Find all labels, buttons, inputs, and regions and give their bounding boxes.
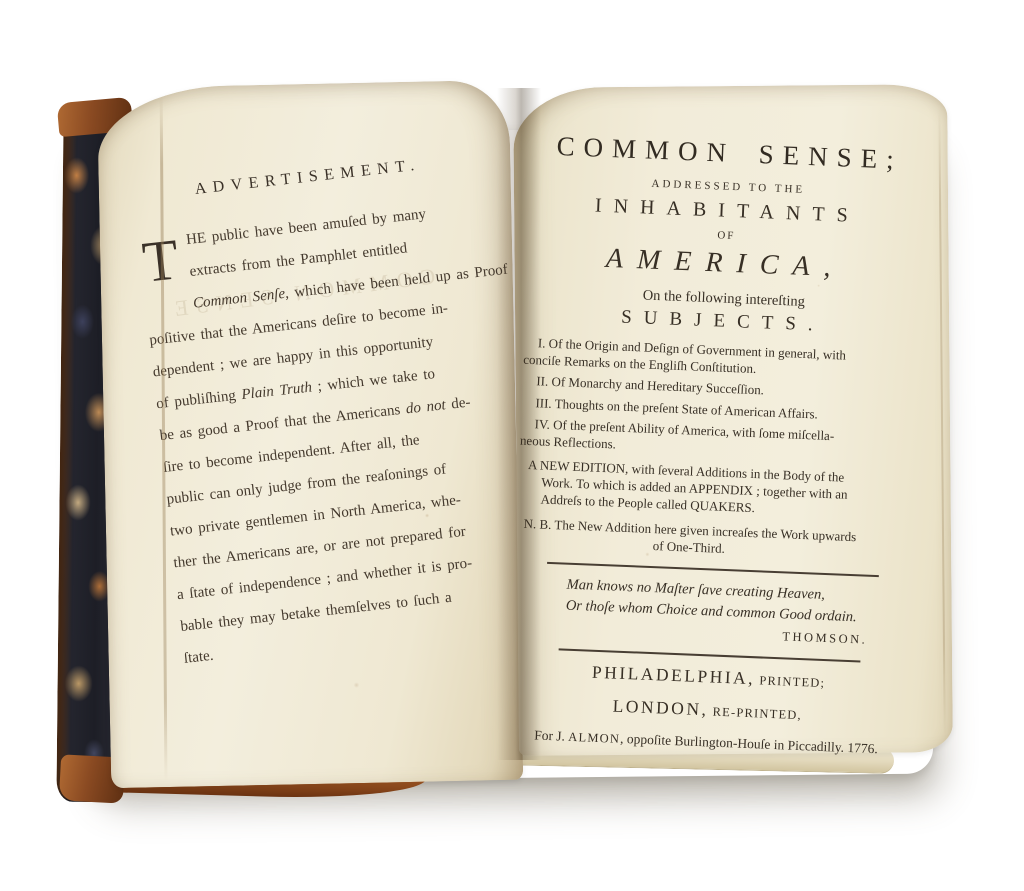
drop-cap: T: [140, 230, 182, 295]
divider-rule: [559, 648, 861, 662]
text-line: PHILADELPHIA, PRINTED;: [507, 658, 910, 696]
edition-note: A NEW EDITION, with ſeveral Additions in…: [514, 456, 922, 523]
title-page-block: COMMON SENSE; ADDRESSED TO THE INHABITAN…: [504, 130, 931, 772]
advertisement-block: ADVERTISEMENT. T HE public have been amu…: [133, 150, 534, 675]
left-page: COMMON SENSE ADVERTISEMENT. T HE public …: [97, 80, 524, 788]
text-segment: PRINTED;: [755, 673, 826, 690]
imprint-block: PHILADELPHIA, PRINTED;LONDON, RE-PRINTED…: [505, 658, 910, 760]
text-segment: ; which we take to: [311, 366, 436, 395]
text-line: For J. ALMON, oppoſite Burlington-Houſe …: [505, 724, 907, 760]
text-segment: de-: [445, 394, 471, 413]
text-segment: LONDON,: [612, 696, 708, 720]
book-title: COMMON SENSE;: [528, 130, 931, 177]
text-segment: Plain Truth: [241, 380, 313, 404]
text-segment: ſtate.: [183, 648, 214, 667]
text-segment: For J.: [534, 727, 569, 743]
quote-block: Man knows no Maſter ſave creating Heaven…: [509, 572, 913, 652]
book-photo: COMMON SENSE ADVERTISEMENT. T HE public …: [0, 0, 1024, 891]
text-segment: RE-PRINTED,: [708, 704, 802, 722]
nb-note: N. B. The New Addition here given increa…: [513, 514, 916, 564]
text-segment: PHILADELPHIA,: [592, 662, 756, 689]
advertisement-body: T HE public have been amuſed by manyextr…: [137, 192, 533, 675]
text-segment: ALMON: [568, 730, 620, 746]
text-segment: of publiſhing: [155, 387, 242, 412]
subjects-list: I. Of the Origin and Deſign of Governmen…: [520, 335, 920, 465]
text-line: LONDON, RE-PRINTED,: [506, 691, 909, 729]
text-segment: Common Senſe,: [192, 285, 289, 311]
text-segment: do not: [405, 397, 446, 417]
text-segment: , oppoſite Burlington-Houſe in Piccadill…: [620, 731, 878, 756]
right-page: COMMON SENSE; ADDRESSED TO THE INHABITAN…: [513, 84, 953, 756]
advertisement-lines: HE public have been amuſed by manyextrac…: [137, 192, 533, 675]
